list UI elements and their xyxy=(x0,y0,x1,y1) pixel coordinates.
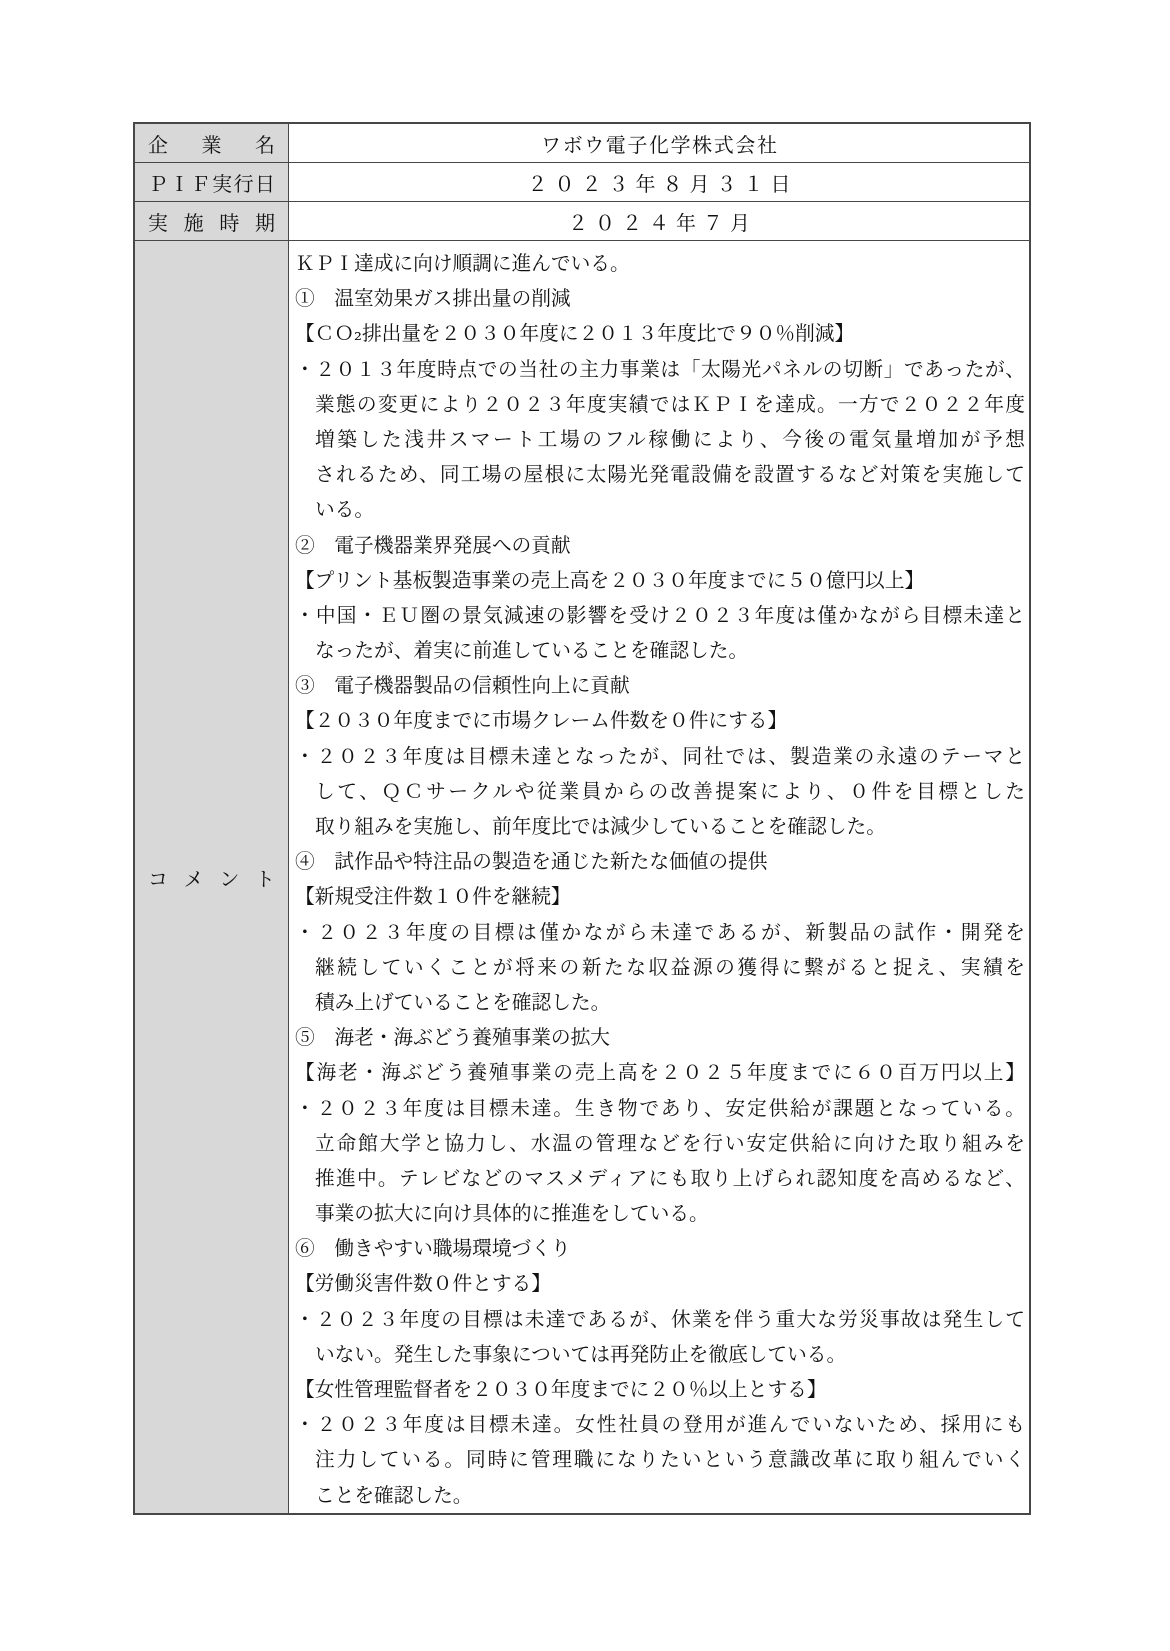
comment-line: 【海老・海ぶどう養殖事業の売上高を２０２５年度までに６０百万円以上】 xyxy=(295,1055,1025,1090)
comment-line: 積み上げていることを確認した。 xyxy=(295,985,1025,1020)
comment-line: ① 温室効果ガス排出量の削減 xyxy=(295,281,1025,316)
comment-line: ③ 電子機器製品の信頼性向上に貢献 xyxy=(295,668,1025,703)
comment-line: 推進中。テレビなどのマスメディアにも取り上げられ認知度を高めるなど、 xyxy=(295,1161,1025,1196)
comment-line: 【女性管理監督者を２０３０年度までに２０％以上とする】 xyxy=(295,1372,1025,1407)
comment-label: コメント xyxy=(135,863,288,892)
comment-line: なったが、着実に前進していることを確認した。 xyxy=(295,633,1025,668)
pif-date-label: ＰＩＦ実行日 xyxy=(135,168,288,197)
comment-line: ・中国・ＥＵ圏の景気減速の影響を受け２０２３年度は僅かながら目標未達と xyxy=(295,598,1025,633)
comment-line: 【ＣＯ₂排出量を２０３０年度に２０１３年度比で９０％削減】 xyxy=(295,316,1025,351)
comment-line: 取り組みを実施し、前年度比では減少していることを確認した。 xyxy=(295,809,1025,844)
pif-date-label-cell: ＰＩＦ実行日 xyxy=(135,163,289,201)
report-table: 企業名 ワボウ電子化学株式会社 ＰＩＦ実行日 ２０２３年８月３１日 実施時期 ２… xyxy=(133,122,1031,1515)
company-name-value: ワボウ電子化学株式会社 xyxy=(539,129,778,158)
comment-line: 注力している。同時に管理職になりたいという意識改革に取り組んでいく xyxy=(295,1442,1025,1477)
comment-line: ⑥ 働きやすい職場環境づくり xyxy=(295,1231,1025,1266)
table-row-pif-date: ＰＩＦ実行日 ２０２３年８月３１日 xyxy=(135,163,1029,202)
pif-date-value: ２０２３年８月３１日 xyxy=(521,168,798,197)
comment-line: 継続していくことが将来の新たな収益源の獲得に繋がると捉え、実績を xyxy=(295,950,1025,985)
comment-line: ・２０１３年度時点での当社の主力事業は「太陽光パネルの切断」であったが、 xyxy=(295,352,1025,387)
table-row-company: 企業名 ワボウ電子化学株式会社 xyxy=(135,124,1029,163)
company-name-value-cell: ワボウ電子化学株式会社 xyxy=(289,124,1029,162)
period-value: ２０２４年７月 xyxy=(561,207,757,236)
comment-line: して、ＱＣサークルや従業員からの改善提案により、０件を目標とした xyxy=(295,774,1025,809)
comment-line: 【労働災害件数０件とする】 xyxy=(295,1266,1025,1301)
company-name-label: 企業名 xyxy=(135,129,288,158)
comment-line: ・２０２３年度は目標未達。女性社員の登用が進んでいないため、採用にも xyxy=(295,1407,1025,1442)
comment-line: 【２０３０年度までに市場クレーム件数を０件にする】 xyxy=(295,703,1025,738)
period-value-cell: ２０２４年７月 xyxy=(289,202,1029,240)
comment-line: ② 電子機器業界発展への貢献 xyxy=(295,528,1025,563)
company-name-label-cell: 企業名 xyxy=(135,124,289,162)
comment-line: いる。 xyxy=(295,492,1025,527)
comment-line: ・２０２３年度は目標未達。生き物であり、安定供給が課題となっている。 xyxy=(295,1091,1025,1126)
comment-line: ④ 試作品や特注品の製造を通じた新たな価値の提供 xyxy=(295,844,1025,879)
comment-label-cell: コメント xyxy=(135,241,289,1513)
pif-date-value-cell: ２０２３年８月３１日 xyxy=(289,163,1029,201)
comment-line: 【プリント基板製造事業の売上高を２０３０年度までに５０億円以上】 xyxy=(295,563,1025,598)
comment-line: ＫＰＩ達成に向け順調に進んでいる。 xyxy=(295,246,1025,281)
period-label-cell: 実施時期 xyxy=(135,202,289,240)
comment-line: 事業の拡大に向け具体的に推進をしている。 xyxy=(295,1196,1025,1231)
comment-line: ・２０２３年度は目標未達となったが、同社では、製造業の永遠のテーマと xyxy=(295,739,1025,774)
comment-line: ・２０２３年度の目標は僅かながら未達であるが、新製品の試作・開発を xyxy=(295,915,1025,950)
document-page: 企業名 ワボウ電子化学株式会社 ＰＩＦ実行日 ２０２３年８月３１日 実施時期 ２… xyxy=(0,0,1170,1651)
period-label: 実施時期 xyxy=(135,207,288,236)
comment-line: 増築した浅井スマート工場のフル稼働により、今後の電気量増加が予想 xyxy=(295,422,1025,457)
comment-line: 業態の変更により２０２３年度実績ではＫＰＩを達成。一方で２０２２年度 xyxy=(295,387,1025,422)
comment-line: ことを確認した。 xyxy=(295,1478,1025,1513)
comment-line: ・２０２３年度の目標は未達であるが、休業を伴う重大な労災事故は発生して xyxy=(295,1302,1025,1337)
comment-line: 立命館大学と協力し、水温の管理などを行い安定供給に向けた取り組みを xyxy=(295,1126,1025,1161)
comment-line: 【新規受注件数１０件を継続】 xyxy=(295,879,1025,914)
comment-content: ＫＰＩ達成に向け順調に進んでいる。① 温室効果ガス排出量の削減【ＣＯ₂排出量を２… xyxy=(289,241,1029,1513)
table-row-period: 実施時期 ２０２４年７月 xyxy=(135,202,1029,241)
comment-line: されるため、同工場の屋根に太陽光発電設備を設置するなど対策を実施して xyxy=(295,457,1025,492)
table-row-comment: コメント ＫＰＩ達成に向け順調に進んでいる。① 温室効果ガス排出量の削減【ＣＯ₂… xyxy=(135,241,1029,1513)
comment-line: ⑤ 海老・海ぶどう養殖事業の拡大 xyxy=(295,1020,1025,1055)
comment-line: いない。発生した事象については再発防止を徹底している。 xyxy=(295,1337,1025,1372)
